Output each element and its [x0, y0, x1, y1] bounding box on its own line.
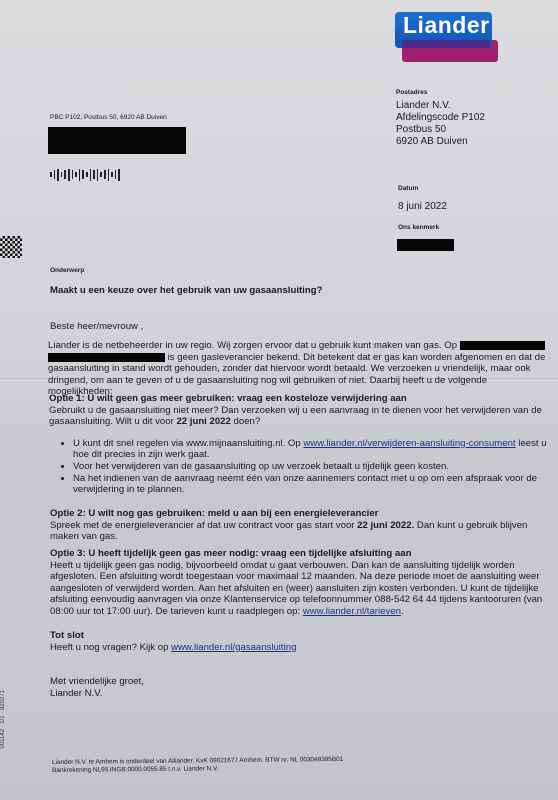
option-2-text-a: Spreek met de energieleverancier af dat …: [50, 520, 355, 531]
closing-title: Tot slot: [50, 630, 530, 642]
signoff-greeting: Met vriendelijke groet,: [50, 676, 144, 688]
side-print-code: 001142 · 1/1 · 820271: [0, 690, 6, 749]
postadres-line: Liander N.V.: [396, 100, 485, 112]
closing-question: Heeft u nog vragen? Kijk op: [50, 642, 168, 653]
option-1: Optie 1: U wilt geen gas meer gebruiken:…: [49, 393, 549, 496]
address-redacted: [460, 341, 545, 350]
option-1-text-b: doen?: [234, 416, 261, 427]
intro-text: Liander is de netbeheerder in uw regio. …: [48, 340, 457, 351]
address-redacted: [48, 353, 165, 362]
postal-barcode: [50, 166, 122, 178]
link-tarieven[interactable]: www.liander.nl/tarieven: [303, 606, 401, 617]
option-2-text: Spreek met de energieleverancier af dat …: [50, 520, 550, 543]
option-3-text: Heeft u tijdelijk geen gas nodig, bijvoo…: [50, 560, 552, 618]
postadres-line: Afdelingscode P102: [396, 112, 485, 124]
option-1-bullets: U kunt dit snel regelen via www.mijnaans…: [49, 438, 549, 496]
bullet-text: U kunt dit snel regelen via www.mijnaans…: [73, 438, 301, 449]
option-1-text-a: Gebruikt u de gasaansluiting niet meer? …: [49, 405, 542, 428]
closing-text: Heeft u nog vragen? Kijk op www.liander.…: [50, 642, 530, 654]
logo-accent-dark: [402, 40, 490, 48]
postadres-block: Liander N.V. Afdelingscode P102 Postbus …: [396, 100, 485, 148]
link-gasaansluiting[interactable]: www.liander.nl/gasaansluiting: [171, 642, 296, 653]
footer: Liander N.V. te Arnhem is onderdeel van …: [52, 756, 343, 775]
datum-label: Datum: [398, 185, 418, 192]
postadres-label: Postadres: [396, 89, 427, 96]
recipient-address-redacted: [48, 127, 186, 154]
salutation: Beste heer/mevrouw ,: [50, 321, 143, 333]
option-1-deadline: 22 juni 2022: [176, 416, 230, 427]
closing: Tot slot Heeft u nog vragen? Kijk op www…: [50, 630, 530, 653]
option-3-body: Heeft u tijdelijk geen gas nodig, bijvoo…: [50, 560, 542, 617]
option-3-title: Optie 3: U heeft tijdelijk geen gas meer…: [50, 548, 552, 560]
option-1-text: Gebruikt u de gasaansluiting niet meer? …: [49, 405, 549, 428]
bullet-item: Na het indienen van de aanvraag neemt éé…: [73, 473, 549, 496]
intro-paragraph: Liander is de netbeheerder in uw regio. …: [48, 340, 548, 398]
option-2: Optie 2: U wilt nog gas gebruiken: meld …: [50, 508, 550, 543]
bullet-item: U kunt dit snel regelen via www.mijnaans…: [73, 438, 549, 461]
return-address: PBC P102, Postbus 50, 6920 AB Duiven: [50, 114, 167, 121]
postadres-line: Postbus 50: [396, 124, 485, 136]
link-verwijderen-aansluiting[interactable]: www.liander.nl/verwijderen-aansluiting-c…: [303, 438, 515, 449]
datum-value: 8 juni 2022: [398, 201, 447, 212]
signoff-name: Liander N.V.: [50, 688, 144, 700]
option-3: Optie 3: U heeft tijdelijk geen gas meer…: [50, 548, 552, 618]
postadres-line: 6920 AB Duiven: [396, 136, 485, 148]
logo-text: Liander: [403, 12, 490, 39]
datamatrix-code: [0, 236, 22, 258]
option-2-deadline: 22 juni 2022.: [357, 520, 414, 531]
bullet-item: Voor het verwijderen van de gasaansluiti…: [73, 461, 549, 473]
option-1-title: Optie 1: U wilt geen gas meer gebruiken:…: [49, 393, 549, 405]
reference-redacted: [397, 239, 454, 251]
footer-bank-info: Bankrekening NL95.INGB.0000.0055.85 t.n.…: [52, 764, 343, 775]
signoff: Met vriendelijke groet, Liander N.V.: [50, 676, 144, 699]
option-2-title: Optie 2: U wilt nog gas gebruiken: meld …: [50, 508, 550, 520]
subject-title: Maakt u een keuze over het gebruik van u…: [50, 285, 322, 296]
ons-kenmerk-label: Ons kenmerk: [398, 224, 439, 231]
subject-label: Onderwerp: [50, 267, 84, 274]
